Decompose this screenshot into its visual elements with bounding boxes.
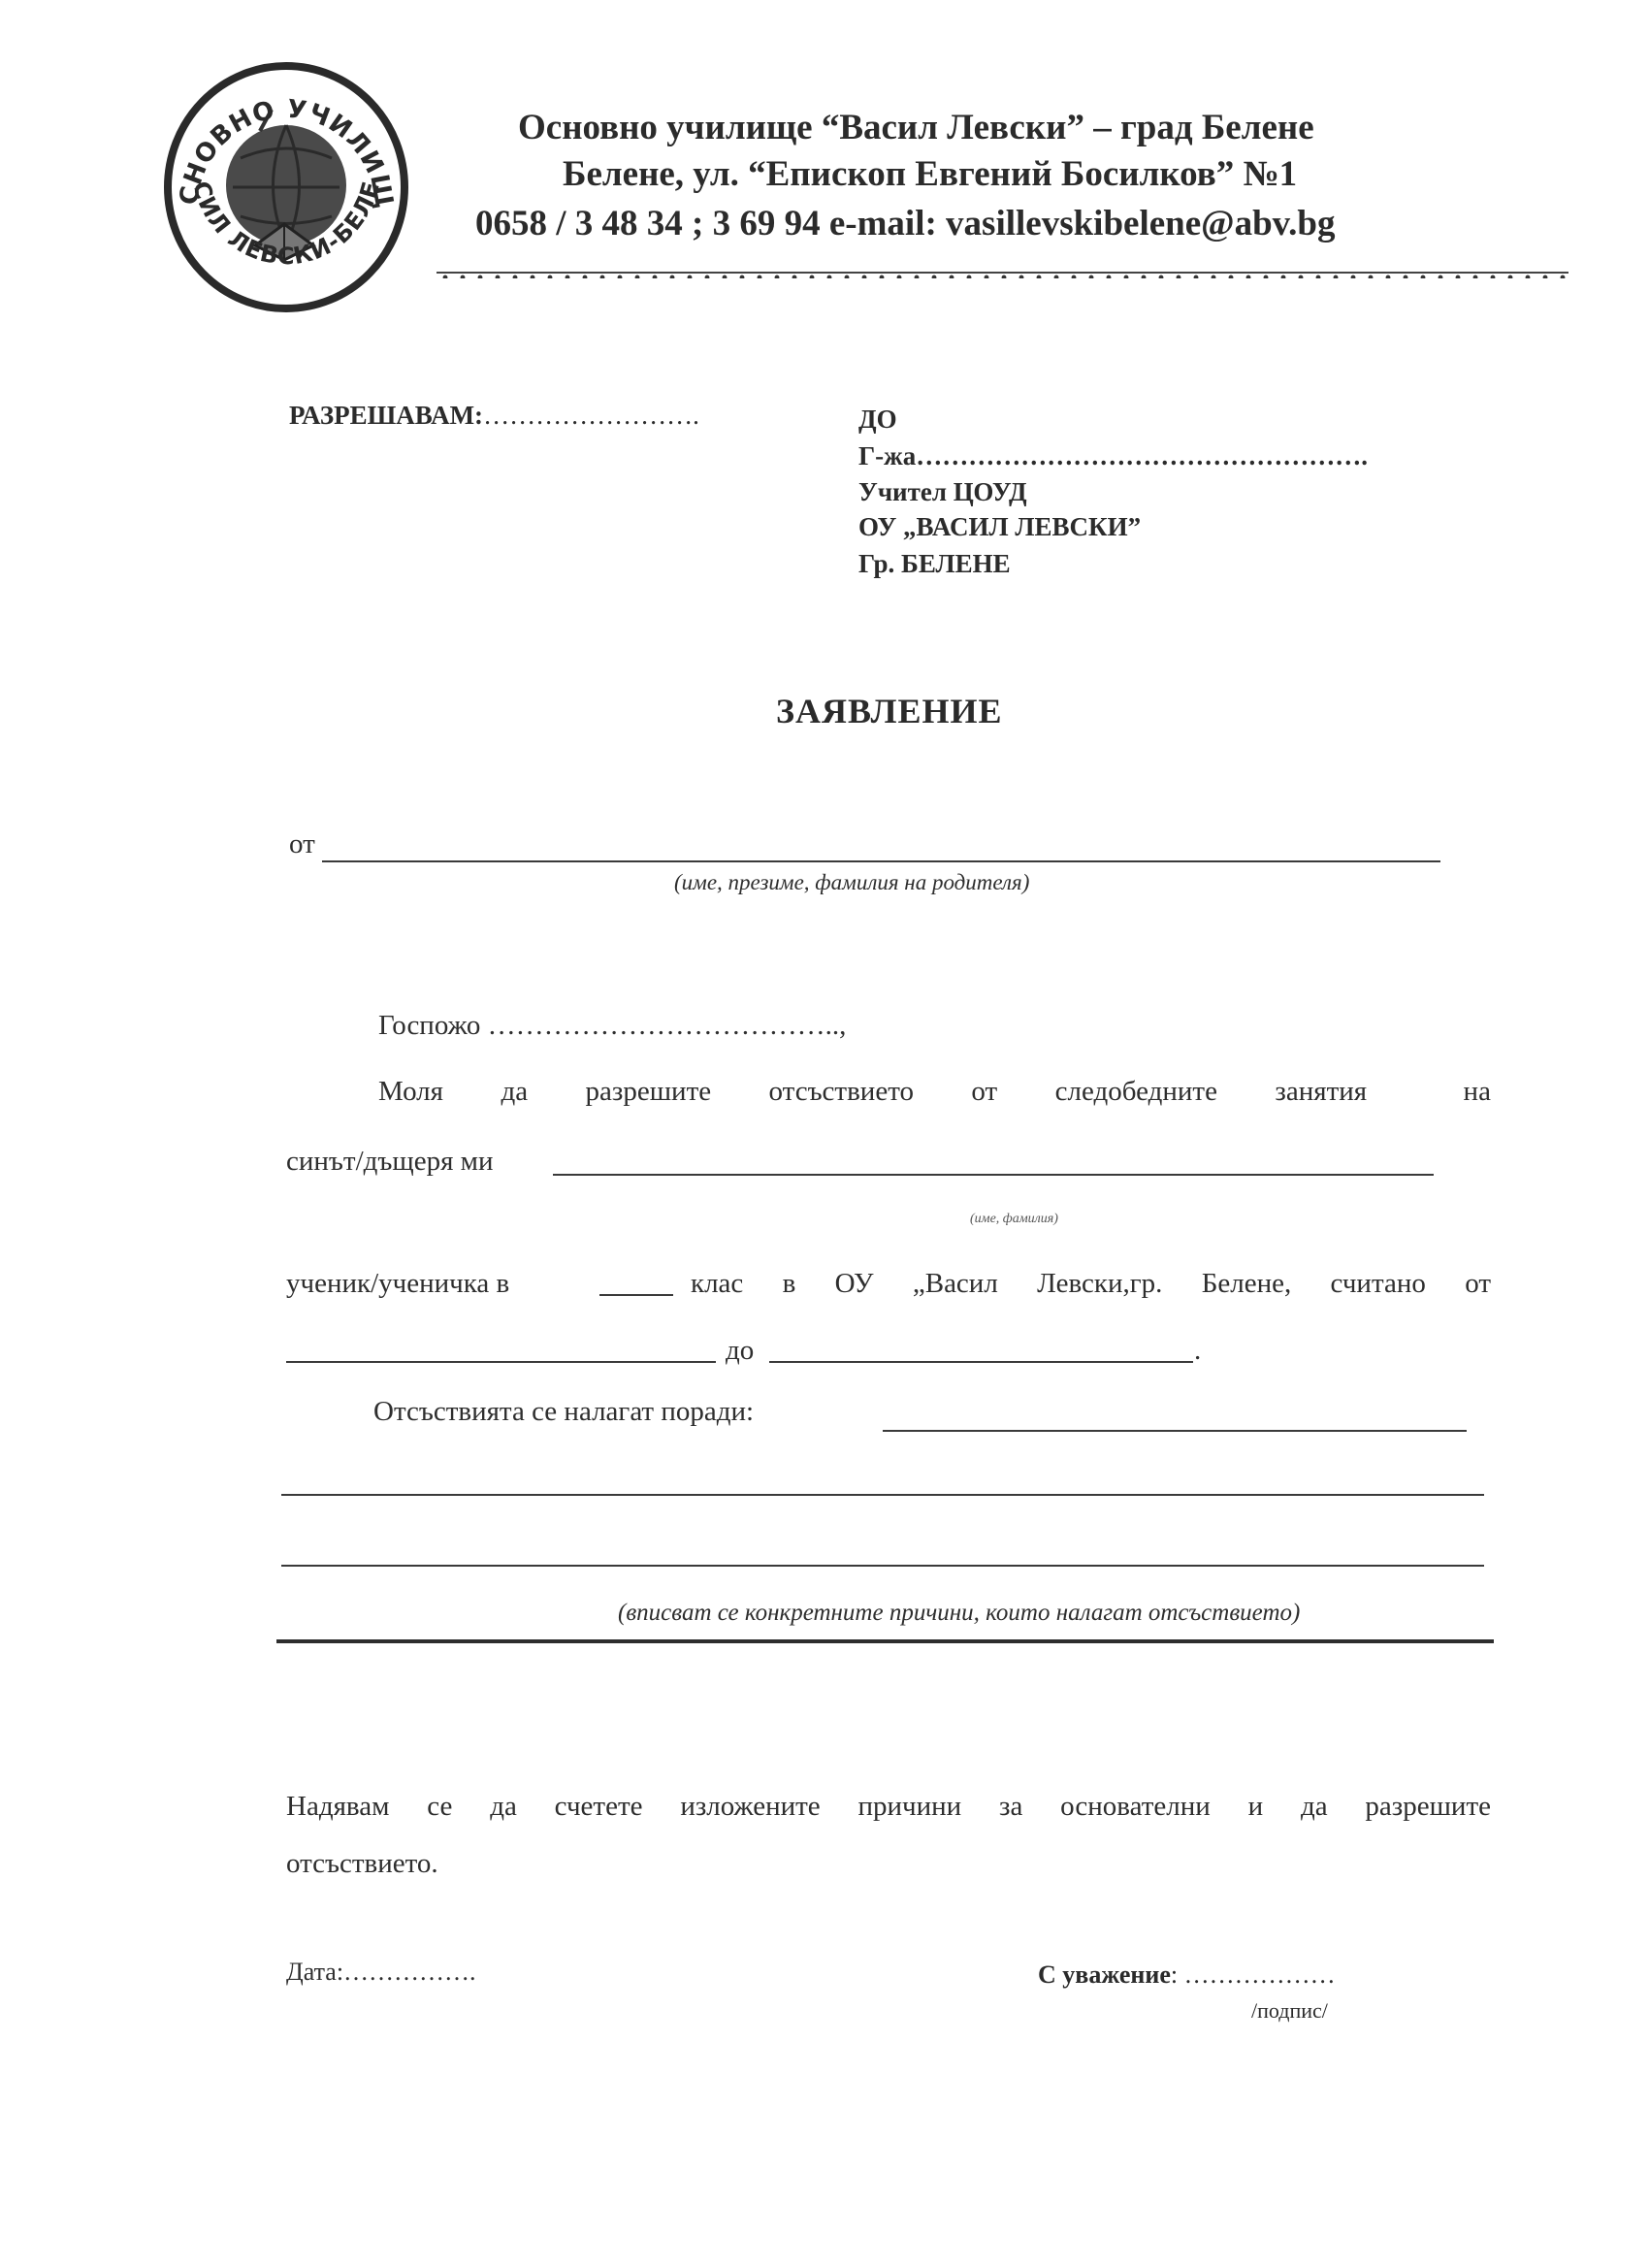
period-end: . — [1194, 1337, 1201, 1365]
request-word: на — [1464, 1078, 1491, 1106]
from-caption: (име, презиме, фамилия на родителя) — [674, 871, 1029, 893]
class-text: клас в ОУ „Васил Левски,гр. Белене, счит… — [691, 1270, 1491, 1298]
from-label: от — [289, 830, 315, 859]
school-contact-line: 0658 / 3 48 34 ; 3 69 94 e-mail: vasille… — [475, 206, 1335, 242]
from-input-line[interactable] — [322, 860, 1440, 862]
child-name-input-line[interactable] — [553, 1174, 1434, 1176]
school-address-line: Белене, ул. “Епископ Евгений Босилков” №… — [563, 156, 1297, 192]
signature-caption: /подпис/ — [1251, 1998, 1328, 2024]
regards-field[interactable]: С уважение: ……………… — [1038, 1960, 1336, 1990]
request-word: да — [501, 1078, 528, 1106]
request-word: Моля — [378, 1078, 443, 1106]
grade-input-line[interactable] — [599, 1294, 673, 1296]
reasons-caption: (вписват се конкретните причини, които н… — [618, 1601, 1300, 1625]
request-word: отсъствието — [769, 1078, 914, 1106]
request-word: разрешите — [586, 1078, 712, 1106]
approval-label: РАЗРЕШАВАМ: — [289, 401, 483, 430]
student-label: ученик/ученичка в — [286, 1270, 509, 1298]
date-field[interactable]: Дата:……………. — [286, 1960, 476, 1985]
request-word: занятия — [1275, 1078, 1367, 1106]
reasons-input-line-1[interactable] — [883, 1430, 1467, 1432]
seal-emblem-icon: ОСНОВНО УЧИЛИЩЕ ВАСИЛ ЛЕВСКИ-БЕЛЕНЕ — [163, 61, 409, 313]
addressee-name-field[interactable]: Г-жа……………………………………………. — [858, 443, 1368, 470]
addressee-city: Гр. БЕЛЕНЕ — [858, 551, 1011, 577]
school-logo-seal: ОСНОВНО УЧИЛИЩЕ ВАСИЛ ЛЕВСКИ-БЕЛЕНЕ — [163, 61, 409, 313]
document-title: ЗАЯВЛЕНИЕ — [776, 691, 1003, 731]
regards-label: С уважение — [1038, 1960, 1171, 1989]
reasons-input-line-2[interactable] — [281, 1494, 1484, 1496]
request-line: Моля да разрешите отсъствието от следобе… — [378, 1078, 1491, 1106]
header-divider — [436, 271, 1568, 278]
reasons-input-line-3[interactable] — [281, 1565, 1484, 1567]
approval-dots[interactable]: ……………………. — [483, 401, 699, 430]
addressee-to: ДО — [858, 406, 897, 433]
signature-dots[interactable]: : ……………… — [1171, 1960, 1336, 1989]
reasons-label: Отсъствията се налагат поради: — [373, 1398, 754, 1426]
closing-line-1: Надявам се да счетете изложените причини… — [286, 1793, 1491, 1821]
addressee-school: ОУ „ВАСИЛ ЛЕВСКИ” — [858, 514, 1141, 540]
date-from-input-line[interactable] — [286, 1361, 716, 1363]
request-word: от — [971, 1078, 997, 1106]
child-label: синът/дъщеря ми — [286, 1148, 494, 1176]
addressee-role: Учител ЦОУД — [858, 479, 1027, 505]
greeting-field[interactable]: Госпожо ……………………………….., — [378, 1012, 846, 1040]
date-to-label: до — [726, 1337, 754, 1365]
school-name-line: Основно училище “Васил Левски” – град Бе… — [518, 110, 1314, 146]
approval-field[interactable]: РАЗРЕШАВАМ:……………………. — [289, 403, 699, 429]
date-to-input-line[interactable] — [769, 1361, 1193, 1363]
closing-line-2: отсъствието. — [286, 1850, 438, 1878]
request-word: следобедните — [1055, 1078, 1217, 1106]
child-caption: (име, фамилия) — [970, 1213, 1058, 1226]
reasons-input-line-4[interactable] — [276, 1639, 1494, 1643]
